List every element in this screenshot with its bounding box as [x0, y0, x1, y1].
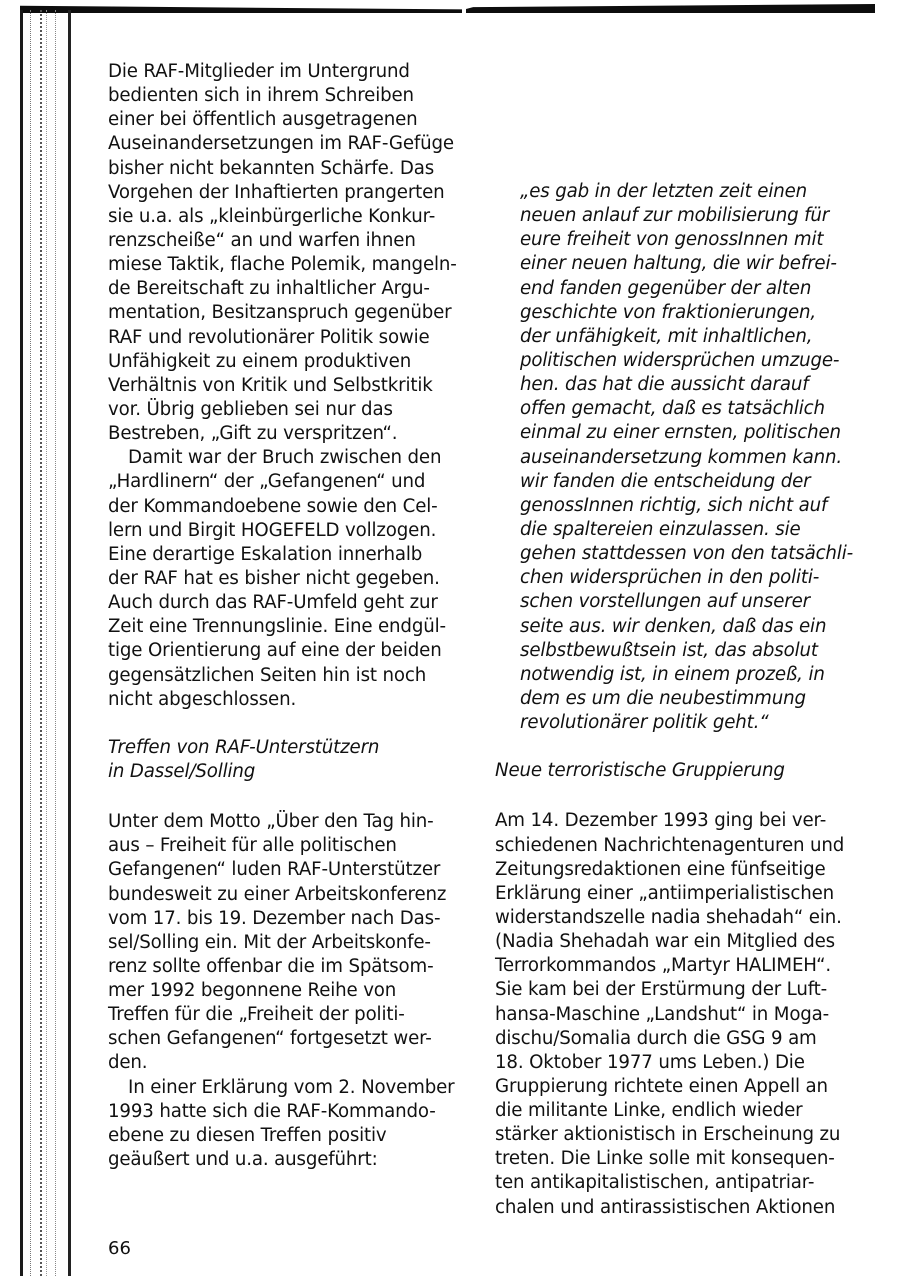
quote-line: chen widersprüchen in den politi-: [495, 566, 870, 590]
text-line: Auch durch das RAF-Umfeld geht zur: [108, 591, 483, 615]
text-line: Terrorkommandos „Martyr HALIMEH“.: [495, 954, 870, 978]
quote-line: offen gemacht, daß es tatsächlich: [495, 397, 870, 421]
block-quote: „es gab in der letzten zeit einen neuen …: [495, 180, 870, 735]
quote-line: selbstbewußtsein ist, das absolut: [495, 639, 870, 663]
quote-line: politischen widersprüchen umzuge-: [495, 349, 870, 373]
text-line: ten antikapitalistischen, antipatriar-: [495, 1171, 870, 1195]
text-line: stärker aktionistisch in Erscheinung zu: [495, 1123, 870, 1147]
text-line: vor. Übrig geblieben sei nur das: [108, 398, 483, 422]
text-line: sie u.a. als „kleinbürgerliche Konkur-: [108, 205, 483, 229]
text-line: Zeitungsredaktionen eine fünfseitige: [495, 858, 870, 882]
quote-line: „es gab in der letzten zeit einen: [495, 180, 870, 204]
text-line: Damit war der Bruch zwischen den: [108, 446, 483, 470]
section-heading-gruppierung: Neue terroristische Gruppierung: [495, 759, 870, 783]
text-line: die militante Linke, endlich wieder: [495, 1099, 870, 1123]
text-line: Zeit eine Trennungslinie. Eine endgül-: [108, 615, 483, 639]
text-line: nicht abgeschlossen.: [108, 688, 483, 712]
text-line: Vorgehen der Inhaftierten prangerten: [108, 181, 483, 205]
text-line: schen Gefangenen“ fortgesetzt wer-: [108, 1027, 483, 1051]
text-line: Eine derartige Eskalation innerhalb: [108, 543, 483, 567]
quote-line: revolutionärer politik geht.“: [495, 711, 870, 735]
text-line: treten. Die Linke solle mit konsequen-: [495, 1147, 870, 1171]
text-line: hansa-Maschine „Landshut“ in Moga-: [495, 1003, 870, 1027]
text-line: schiedenen Nachrichtenagenturen und: [495, 834, 870, 858]
text-line: der RAF hat es bisher nicht gegeben.: [108, 567, 483, 591]
text-line: einer bei öffentlich ausgetragenen: [108, 108, 483, 132]
text-line: Unter dem Motto „Über den Tag hin-: [108, 810, 483, 834]
text-line: Die RAF-Mitglieder im Untergrund: [108, 60, 483, 84]
text-line: bedienten sich in ihrem Schreiben: [108, 84, 483, 108]
text-line: ebene zu diesen Treffen positiv: [108, 1124, 483, 1148]
text-line: tige Orientierung auf eine der beiden: [108, 639, 483, 663]
paragraph-gruppierung: Am 14. Dezember 1993 ging bei ver- schie…: [495, 809, 870, 1219]
text-line: Verhältnis von Kritik und Selbstkritik: [108, 374, 483, 398]
text-line: sel/Solling ein. Mit der Arbeitskonfe-: [108, 931, 483, 955]
quote-line: seite aus. wir denken, daß das ein: [495, 615, 870, 639]
quote-line: dem es um die neubestimmung: [495, 687, 870, 711]
text-line: vom 17. bis 19. Dezember nach Das-: [108, 907, 483, 931]
quote-line: einmal zu einer ernsten, politischen: [495, 421, 870, 445]
quote-line: wir fanden die entscheidung der: [495, 470, 870, 494]
text-line: Erklärung einer „antiimperialistischen: [495, 882, 870, 906]
quote-line: geschichte von fraktionierungen,: [495, 301, 870, 325]
text-line: Gefangenen“ luden RAF-Unterstützer: [108, 858, 483, 882]
left-column: Die RAF-Mitglieder im Untergrund bedient…: [108, 60, 483, 1172]
text-line: Am 14. Dezember 1993 ging bei ver-: [495, 809, 870, 833]
text-line: 1993 hatte sich die RAF-Kommando-: [108, 1100, 483, 1124]
quote-line: auseinandersetzung kommen kann.: [495, 446, 870, 470]
paragraph-erklaerung: In einer Erklärung vom 2. November 1993 …: [108, 1076, 483, 1173]
quote-line: neuen anlauf zur mobilisierung für: [495, 204, 870, 228]
text-line: chalen und antirassistischen Aktionen: [495, 1196, 870, 1220]
quote-line: genossInnen richtig, sich nicht auf: [495, 494, 870, 518]
text-line: In einer Erklärung vom 2. November: [108, 1076, 483, 1100]
text-line: RAF und revolutionärer Politik sowie: [108, 326, 483, 350]
quote-line: einer neuen haltung, die wir befrei-: [495, 252, 870, 276]
text-line: „Hardlinern“ der „Gefangenen“ und: [108, 470, 483, 494]
text-line: mentation, Besitzanspruch gegenüber: [108, 301, 483, 325]
page-number: 66: [108, 1238, 131, 1259]
right-column: „es gab in der letzten zeit einen neuen …: [495, 180, 870, 1220]
text-line: bisher nicht bekannten Schärfe. Das: [108, 157, 483, 181]
text-line: gegensätzlichen Seiten hin ist noch: [108, 664, 483, 688]
text-line: Bestreben, „Gift zu verspritzen“.: [108, 422, 483, 446]
text-line: (Nadia Shehadah war ein Mitglied des: [495, 930, 870, 954]
quote-line: der unfähigkeit, mit inhaltlichen,: [495, 325, 870, 349]
text-line: aus – Freiheit für alle politischen: [108, 834, 483, 858]
heading-line: in Dassel/Solling: [108, 760, 483, 784]
top-rule: [20, 4, 875, 13]
quote-line: die spaltereien einzulassen. sie: [495, 518, 870, 542]
text-line: de Bereitschaft zu inhaltlicher Argu-: [108, 277, 483, 301]
text-line: geäußert und u.a. ausgeführt:: [108, 1148, 483, 1172]
text-line: renzscheiße“ an und warfen ihnen: [108, 229, 483, 253]
text-line: Gruppierung richtete einen Appell an: [495, 1075, 870, 1099]
rule-gap: [462, 2, 466, 16]
text-line: Sie kam bei der Erstürmung der Luft-: [495, 978, 870, 1002]
paragraph-bruch: Damit war der Bruch zwischen den „Hardli…: [108, 446, 483, 712]
heading-line: Treffen von RAF-Unterstützern: [108, 736, 483, 760]
text-line: den.: [108, 1051, 483, 1075]
quote-line: gehen stattdessen von den tatsächli-: [495, 542, 870, 566]
text-line: 18. Oktober 1977 ums Leben.) Die: [495, 1051, 870, 1075]
text-line: miese Taktik, flache Polemik, mangeln-: [108, 253, 483, 277]
text-line: mer 1992 begonnene Reihe von: [108, 979, 483, 1003]
text-line: renz sollte offenbar die im Spätsom-: [108, 955, 483, 979]
paragraph-intro: Die RAF-Mitglieder im Untergrund bedient…: [108, 60, 483, 446]
quote-line: end fanden gegenüber der alten: [495, 277, 870, 301]
binding-gutter: [0, 10, 82, 1276]
quote-line: notwendig ist, in einem prozeß, in: [495, 663, 870, 687]
quote-line: eure freiheit von genossInnen mit: [495, 228, 870, 252]
quote-line: schen vorstellungen auf unserer: [495, 590, 870, 614]
text-line: dischu/Somalia durch die GSG 9 am: [495, 1027, 870, 1051]
section-heading-treffen: Treffen von RAF-Unterstützern in Dassel/…: [108, 736, 483, 784]
text-line: der Kommandoebene sowie den Cel-: [108, 495, 483, 519]
text-line: widerstandszelle nadia shehadah“ ein.: [495, 906, 870, 930]
text-line: Treffen für die „Freiheit der politi-: [108, 1003, 483, 1027]
text-line: Auseinandersetzungen im RAF-Gefüge: [108, 132, 483, 156]
text-line: lern und Birgit HOGEFELD vollzogen.: [108, 519, 483, 543]
text-line: bundesweit zu einer Arbeitskonferenz: [108, 883, 483, 907]
text-line: Unfähigkeit zu einem produktiven: [108, 350, 483, 374]
quote-line: hen. das hat die aussicht darauf: [495, 373, 870, 397]
paragraph-motto: Unter dem Motto „Über den Tag hin- aus –…: [108, 810, 483, 1076]
